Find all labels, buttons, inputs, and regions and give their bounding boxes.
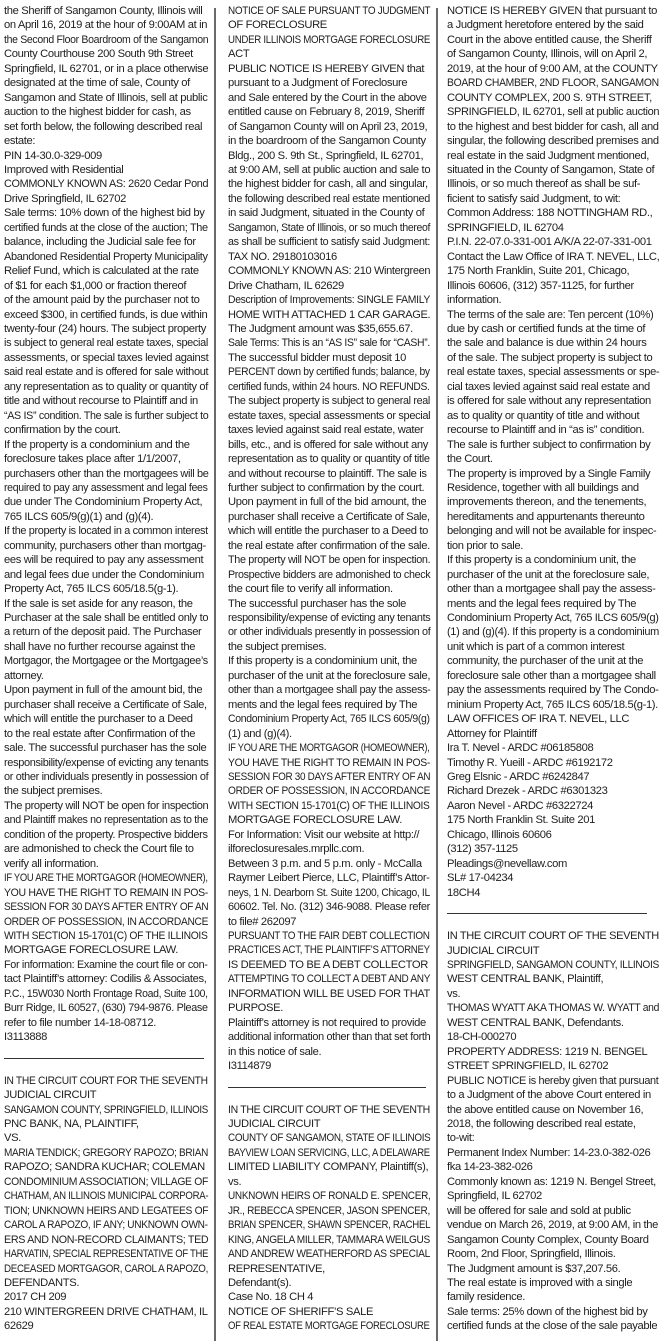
notice-text-line: improvements thereon, and the tenements,	[447, 495, 659, 509]
notice-text-line: ficient to satisfy said Judgment, to wit…	[447, 192, 659, 206]
notice-text-line: PUBLIC NOTICE is hereby given that pursu…	[447, 1074, 653, 1088]
notice-text-line: auction to the highest bidder for cash, …	[4, 105, 208, 119]
notice-text-line: HOME WITH ATTACHED 1 CAR GARAGE.	[228, 308, 427, 322]
notice-text-line: NOTICE OF SHERIFF’S SALE	[228, 1305, 430, 1319]
notice-text-line: responsibility/expense of evicting any t…	[4, 756, 204, 770]
notice-text-line: Sangamon, State of Illinois, or so much …	[228, 221, 417, 235]
notice-text-line: any representation as to quality or quan…	[4, 380, 205, 394]
notice-text-line: WEST CENTRAL BANK, Plaintiff,	[447, 972, 659, 986]
notice-text-line: estate taxes, special assessments or spe…	[228, 409, 427, 423]
notice-text-line: unit which is part of a common interest	[447, 640, 659, 654]
notice-text-line: ERS AND NON-RECORD CLAIMANTS; TED	[4, 1233, 199, 1247]
notice-text-line: the Second Floor Boardroom of the Sangam…	[4, 33, 196, 47]
notice-text-line: shall have no further recourse against t…	[4, 640, 208, 654]
notice-text-line: IN THE CIRCUIT COURT OF THE SEVENTH	[447, 929, 656, 943]
notice-text-line: tact Plaintiff’s attorney: Codilis & Ass…	[4, 972, 208, 986]
notice-text-line: KING, ANGELA MILLER, TAMMARA WEILGUS	[228, 1233, 410, 1247]
legal-notice: IN THE CIRCUIT COURT OF THE SEVENTHJUDIC…	[447, 929, 659, 1334]
notice-text-line: JUDICIAL CIRCUIT	[228, 1117, 430, 1131]
notice-text-line: P.C., 15W030 North Frontage Road, Suite …	[4, 987, 195, 1001]
notice-text-line: the Sheriff of Sangamon County, Illinois…	[4, 4, 208, 18]
notice-text-line: to a Judgment of the above Court entered…	[447, 1088, 659, 1102]
notice-text-line: twenty-four (24) hours. The subject prop…	[4, 322, 208, 336]
notice-text-line: SL# 17-04234	[447, 871, 659, 885]
notice-text-line: PRACTICES ACT, THE PLAINTIFF’S ATTORNEY	[228, 943, 402, 957]
column-1: the Sheriff of Sangamon County, Illinois…	[4, 0, 208, 1341]
notice-text-line: sale. The successful purchaser has the s…	[4, 741, 208, 755]
notice-text-line: The subject property is subject to gener…	[228, 394, 422, 408]
notice-text-line: IF YOU ARE THE MORTGAGOR (HOMEOWNER),	[4, 871, 175, 885]
notice-text-line: further subject to confirmation by the c…	[228, 481, 430, 495]
notice-text-line: LIMITED LIABILITY COMPANY, Plaintiff(s),	[228, 1160, 430, 1174]
notice-text-line: required to pay any assessment and legal…	[4, 481, 197, 495]
notice-text-line: P.I.N. 22-07.0-331-001 A/K/A 22-07-331-0…	[447, 235, 659, 249]
notice-text-line: For Information: Visit our website at ht…	[228, 828, 430, 842]
notice-text-line: fka 14-23-382-026	[447, 1160, 659, 1174]
notice-text-line: LAW OFFICES OF IRA T. NEVEL, LLC	[447, 712, 659, 726]
notice-text-line: SESSION FOR 30 DAYS AFTER ENTRY OF AN	[4, 900, 187, 914]
notice-text-line: ACT	[228, 47, 430, 61]
notice-text-line: community, purchasers other than mortgag…	[4, 539, 208, 553]
notice-text-line: 18CH4	[447, 886, 659, 900]
notice-text-line: WITH SECTION 15-1701(C) OF THE ILLINOIS	[4, 929, 192, 943]
notice-text-line: The property will NOT be open for inspec…	[4, 799, 206, 813]
notice-text-line: For information: Examine the court file …	[4, 958, 201, 972]
notice-text-line: REPRESENTATIVE,	[228, 1262, 430, 1276]
notice-text-line: SESSION FOR 30 DAYS AFTER ENTRY OF AN	[228, 770, 407, 784]
notice-text-line: Sale terms: 25% down of the highest bid …	[447, 1305, 659, 1319]
notice-text-line: the Court.	[447, 452, 659, 466]
notice-text-line: responsibility/expense of evicting any t…	[228, 611, 424, 625]
notice-text-line: The Judgment amount was $35,655.67.	[228, 322, 430, 336]
notice-separator-rule	[4, 1058, 204, 1059]
notice-text-line: COUNTY COMPLEX, 200 S. 9TH STREET,	[447, 91, 659, 105]
notice-text-line: ments and the legal fees required by The	[447, 597, 659, 611]
notice-text-line: TION; UNKNOWN HEIRS AND LEGATEES OF	[4, 1204, 191, 1218]
notice-text-line: due by cash or certified funds at the ti…	[447, 322, 659, 336]
notice-text-line: certified funds, within 24 hours. NO REF…	[228, 380, 414, 394]
notice-text-line: Upon payment in full of the bid amount, …	[228, 495, 430, 509]
notice-text-line: the court file to verify all information…	[228, 582, 430, 596]
notice-text-line: situated in the County of Sangamon, Stat…	[447, 163, 659, 177]
notice-text-line: AND ANDREW WEATHERFORD AS SPECIAL	[228, 1247, 412, 1261]
notice-text-line: family residence.	[447, 1290, 659, 1304]
notice-text-line: The property will NOT be open for inspec…	[228, 553, 423, 567]
notice-text-line: BRIAN SPENCER, SHAWN SPENCER, RACHEL	[228, 1218, 402, 1232]
notice-text-line: which will entitle the purchaser to a De…	[4, 712, 208, 726]
notice-text-line: PROPERTY ADDRESS: 1219 N. BENGEL	[447, 1045, 659, 1059]
notice-text-line: or other individuals presently in posses…	[4, 770, 203, 784]
notice-text-line: hereditaments and appurtenants thereunto	[447, 510, 659, 524]
notice-text-line: attorney.	[4, 669, 208, 683]
notice-text-line: If the property is located in a common i…	[4, 524, 202, 538]
notice-text-line: IN THE CIRCUIT COURT OF THE SEVENTH	[228, 1103, 418, 1117]
notice-text-line: real estate taxes, special assessments o…	[447, 365, 658, 379]
notice-text-line: (312) 357-1125	[447, 842, 659, 856]
notice-text-line: Chicago, Illinois 60606	[447, 828, 659, 842]
notice-text-line: The successful purchaser has the sole	[228, 597, 430, 611]
notice-text-line: Timothy R. Yueill - ARDC #6192172	[447, 756, 659, 770]
notice-text-line: HARVATIN, SPECIAL REPRESENTATIVE OF THE	[4, 1247, 177, 1261]
notice-text-line: cial taxes levied against said real esta…	[447, 380, 659, 394]
notice-text-line: Case No. 18 CH 4	[228, 1290, 430, 1304]
notice-text-line: SANGAMON COUNTY, SPRINGFIELD, ILLINOIS	[4, 1103, 182, 1117]
notice-text-line: the following described real estate ment…	[228, 192, 423, 206]
notice-text-line: as shall be sufficient to satisfy said J…	[228, 235, 422, 249]
notice-text-line: JUDICIAL CIRCUIT	[4, 1088, 208, 1102]
notice-text-line: Court in the above entitled cause, the S…	[447, 33, 659, 47]
notice-text-line: CAROL A RAPOZO, IF ANY; UNKNOWN OWN-	[4, 1218, 188, 1232]
notice-text-line: to-wit:	[447, 1131, 659, 1145]
notice-text-line: the above entitled cause on November 16,	[447, 1103, 659, 1117]
notice-text-line: Aaron Nevel - ARDC #6322724	[447, 799, 659, 813]
notice-text-line: OF REAL ESTATE MORTGAGE FORECLOSURE	[228, 1319, 400, 1333]
notice-text-line: SPRINGFIELD, SANGAMON COUNTY, ILLINOIS	[447, 958, 639, 972]
notice-text-line: 765 ILCS 605/9(g)(1) and (g)(4).	[4, 510, 208, 524]
notice-text-line: estate:	[4, 134, 208, 148]
notice-text-line: Property Act, 765 ILCS 605/18.5(g-1).	[4, 582, 208, 596]
notice-text-line: Richard Drezek - ARDC #6301323	[447, 784, 659, 798]
notice-text-line: singular, the following described premis…	[447, 134, 658, 148]
legal-notice: NOTICE OF SALE PURSUANT TO JUDGMENTOF FO…	[228, 4, 430, 1074]
notice-text-line: will be offered for sale and sold at pub…	[447, 1204, 659, 1218]
notice-text-line: exceed $300, in certified funds, is due …	[4, 308, 208, 322]
notice-text-line: (1) and (g)(4).	[228, 727, 430, 741]
notice-text-line: belonging and will not be available for …	[447, 524, 659, 538]
notice-text-line: Residence, together with all buildings a…	[447, 481, 659, 495]
notice-text-line: which will entitle the purchaser to a De…	[228, 524, 430, 538]
notice-text-line: minium Property Act, 765 ILCS 605/18.5(g…	[447, 698, 659, 712]
notice-text-line: Illinois 60606, (312) 357-1125, for furt…	[447, 279, 659, 293]
notice-text-line: OF FORECLOSURE	[228, 18, 430, 32]
notice-text-line: recourse to Plaintiff and in “as is” con…	[447, 423, 659, 437]
notice-text-line: 60602. Tel. No. (312) 346-9088. Please r…	[228, 900, 426, 914]
notice-text-line: a return of the deposit paid. The Purcha…	[4, 625, 208, 639]
notice-text-line: balance, including the Judicial sale fee…	[4, 235, 208, 249]
notice-text-line: Bldg., 200 S. 9th St., Springfield, IL 6…	[228, 149, 430, 163]
notice-text-line: 2017 CH 209	[4, 1290, 208, 1304]
notice-text-line: TAX NO. 29180103016	[228, 250, 430, 264]
notice-text-line: to the real estate after Confirmation of…	[4, 727, 208, 741]
legal-notice: IN THE CIRCUIT COURT OF THE SEVENTHJUDIC…	[228, 1103, 430, 1334]
notice-text-line: Attorney for Plaintiff	[447, 727, 659, 741]
legal-notice: IN THE CIRCUIT COURT FOR THE SEVENTHJUDI…	[4, 1074, 208, 1334]
notice-text-line: COUNTY OF SANGAMON, STATE OF ILLINOIS	[228, 1131, 406, 1145]
notice-text-line: at 9:00 AM, sell at public auction and s…	[228, 163, 430, 177]
notice-text-line: (1) and (g)(4). If this property is a co…	[447, 625, 655, 639]
notice-text-line: VS.	[4, 1131, 208, 1145]
notice-text-line: Permanent Index Number: 14-23.0-382-026	[447, 1146, 659, 1160]
notice-text-line: title and without recourse to Plaintiff …	[4, 394, 208, 408]
notice-text-line: the sale and balance is due within 24 ho…	[447, 336, 659, 350]
notice-text-line: ments and the legal fees required by The	[228, 698, 430, 712]
notice-text-line: Contact the Law Office of IRA T. NEVEL, …	[447, 250, 659, 264]
notice-text-line: SPRINGFIELD, IL 62704	[447, 221, 659, 235]
notice-text-line: Sangamon County Complex, County Board	[447, 1233, 659, 1247]
notice-text-line: DECEASED MORTGAGOR, CAROL A RAPOZO,	[4, 1262, 182, 1276]
notice-text-line: YOU HAVE THE RIGHT TO REMAIN IN POS-	[4, 886, 196, 900]
notice-text-line: The successful bidder must deposit 10	[228, 351, 430, 365]
notice-text-line: Pleadings@nevellaw.com	[447, 857, 659, 871]
notice-text-line: Common Address: 188 NOTTINGHAM RD.,	[447, 206, 659, 220]
notice-text-line: vs.	[228, 1175, 430, 1189]
notice-text-line: and legal fees due under the Condominium	[4, 568, 208, 582]
notice-text-line: WITH SECTION 15-1701(C) OF THE ILLINOIS	[228, 799, 413, 813]
notice-text-line: Room, 2nd Floor, Springfield, Illinois.	[447, 1247, 659, 1261]
notice-text-line: ilforeclosuresales.mrpllc.com.	[228, 842, 430, 856]
notice-text-line: 175 North Franklin St. Suite 201	[447, 813, 659, 827]
notice-text-line: purchaser of the unit at the foreclosure…	[228, 669, 430, 683]
notice-text-line: bills, etc., and is offered for sale wit…	[228, 438, 430, 452]
notice-text-line: The real estate is improved with a singl…	[447, 1276, 659, 1290]
notice-text-line: BAYVIEW LOAN SERVICING, LLC, A DELAWARE	[228, 1146, 399, 1160]
notice-text-line: Abandoned Residential Property Municipal…	[4, 250, 204, 264]
notice-text-line: other than a mortgagee shall pay the ass…	[228, 683, 424, 697]
notice-text-line: refer to file number 14-18-08712.	[4, 1016, 208, 1030]
notice-text-line: Ira T. Nevel - ARDC #06185808	[447, 741, 659, 755]
notice-text-line: certified funds at the close of the sale…	[447, 1319, 659, 1333]
notice-text-line: ATTEMPTING TO COLLECT A DEBT AND ANY	[228, 972, 409, 986]
notice-text-line: Sale Terms: This is an “AS IS” sale for …	[228, 336, 416, 350]
notice-text-line: to file# 262097	[228, 915, 430, 929]
notice-text-line: STREET SPRINGFIELD, IL 62702	[447, 1059, 659, 1073]
notice-text-line: County Courthouse 200 South 9th Street	[4, 47, 208, 61]
notice-text-line: pursuant to a Judgment of Foreclosure	[228, 76, 430, 90]
notice-text-line: COMMONLY KNOWN AS: 210 Wintergreen	[228, 264, 427, 278]
notice-text-line: Upon payment in full of the amount bid, …	[4, 683, 208, 697]
notice-text-line: purchaser of the unit at the foreclosure…	[447, 568, 659, 582]
notice-text-line: designated at the time of sale, County o…	[4, 76, 208, 90]
notice-text-line: PERCENT down by certified funds; balance…	[228, 365, 414, 379]
notice-text-line: as to quality or quantity of title and w…	[447, 409, 659, 423]
column-divider	[436, 8, 438, 1341]
notice-text-line: ORDER OF POSSESSION, IN ACCORDANCE	[228, 784, 411, 798]
notice-text-line: ORDER OF POSSESSION, IN ACCORDANCE	[4, 915, 191, 929]
notice-text-line: PIN 14-30.0-329-009	[4, 149, 208, 163]
notice-text-line: Mortgagor, the Mortgagee or the Mortgage…	[4, 654, 202, 668]
notice-text-line: neys, 1 N. Dearborn St. Suite 1200, Chic…	[228, 886, 413, 900]
notice-text-line: NOTICE IS HEREBY GIVEN that pursuant to	[447, 4, 659, 18]
notice-text-line: representation as to quality or quantity…	[228, 452, 426, 466]
notice-text-line: condition of the property. Prospective b…	[4, 828, 204, 842]
legal-notice: the Sheriff of Sangamon County, Illinois…	[4, 4, 208, 1045]
notice-text-line: PURPOSE.	[228, 1001, 430, 1015]
notice-text-line: and Sale entered by the Court in the abo…	[228, 91, 430, 105]
notice-text-line: If the property is a condominium and the	[4, 438, 208, 452]
notice-text-line: purchasers other than the mortgagees wil…	[4, 467, 204, 481]
notice-text-line: “AS IS” condition. The sale is further s…	[4, 409, 199, 423]
notice-text-line: of the amount paid by the purchaser not …	[4, 293, 208, 307]
notice-text-line: YOU HAVE THE RIGHT TO REMAIN IN POS-	[228, 756, 416, 770]
notice-text-line: of the sale. The subject property is sub…	[447, 351, 659, 365]
notice-text-line: foreclosure takes place after 1/1/2007,	[4, 452, 208, 466]
notice-text-line: 62629	[4, 1319, 208, 1333]
column-2: NOTICE OF SALE PURSUANT TO JUDGMENTOF FO…	[228, 0, 430, 1341]
notice-text-line: foreclosure sale other than a mortgagee …	[447, 669, 659, 683]
notice-text-line: or other individuals presently in posses…	[228, 625, 423, 639]
notice-text-line: the real estate after confirmation of th…	[228, 539, 430, 553]
notice-text-line: JUDICIAL CIRCUIT	[447, 944, 659, 958]
notice-text-line: in said Judgment, situated in the County…	[228, 206, 430, 220]
notice-text-line: due under The Condominium Property Act,	[4, 495, 208, 509]
notice-text-line: The terms of the sale are: Ten percent (…	[447, 308, 659, 322]
notice-text-line: Raymer Leibert Pierce, LLC, Plaintiff’s …	[228, 871, 429, 885]
notice-text-line: confirmation by the court.	[4, 423, 208, 437]
notice-text-line: a Judgment heretofore entered by the sai…	[447, 18, 659, 32]
notice-text-line: IF YOU ARE THE MORTGAGOR (HOMEOWNER),	[228, 741, 396, 755]
notice-text-line: the subject premises.	[228, 640, 430, 654]
notice-text-line: the highest bidder for cash, all and sin…	[228, 177, 430, 191]
notice-text-line: I3114879	[228, 1059, 430, 1073]
notice-text-line: JR., REBECCA SPENCER, JASON SPENCER,	[228, 1204, 409, 1218]
notice-text-line: Condominium Property Act, 765 ILCS 605/9…	[447, 611, 655, 625]
notice-text-line: community, the purchaser of the unit at …	[447, 654, 659, 668]
notice-text-line: 2019, at the hour of 9:00 AM, at the COU…	[447, 62, 659, 76]
notice-text-line: Illinois, or so much thereof as shall be…	[447, 177, 659, 191]
notice-text-line: The property is improved by a Single Fam…	[447, 467, 659, 481]
notice-text-line: and without recourse to plaintiff. The s…	[228, 467, 430, 481]
notice-text-line: tion prior to sale.	[447, 539, 659, 553]
notice-text-line: PNC BANK, NA, PLAINTIFF,	[4, 1117, 208, 1131]
notice-separator-rule	[228, 1087, 426, 1088]
notice-text-line: set forth below, the following described…	[4, 120, 208, 134]
notice-text-line: The sale is further subject to confirmat…	[447, 438, 659, 452]
notice-text-line: Sangamon and State of Illinois, sell at …	[4, 91, 208, 105]
notice-text-line: Purchaser at the sale shall be entitled …	[4, 611, 206, 625]
notice-text-line: Drive Springfield, IL 62702	[4, 192, 208, 206]
notice-text-line: Description of Improvements: SINGLE FAMI…	[228, 293, 416, 307]
notice-text-line: DEFENDANTS.	[4, 1276, 208, 1290]
notice-text-line: BOARD CHAMBER, 2ND FLOOR, SANGAMON	[447, 76, 643, 90]
notice-text-line: COMMONLY KNOWN AS: 2620 Cedar Pond	[4, 177, 202, 191]
notice-text-line: purchaser shall receive a Certificate of…	[4, 698, 208, 712]
notice-text-line: is subject to general real estate taxes,…	[4, 336, 203, 350]
notice-text-line: 175 North Franklin, Suite 201, Chicago,	[447, 264, 659, 278]
notice-text-line: assessments, or special taxes levied aga…	[4, 351, 207, 365]
legal-notice: NOTICE IS HEREBY GIVEN that pursuant toa…	[447, 4, 659, 900]
notice-text-line: Commonly known as: 1219 N. Bengel Street…	[447, 1175, 659, 1189]
notice-text-line: Greg Elsnic - ARDC #6242847	[447, 770, 659, 784]
notice-text-line: certified funds at the close of the auct…	[4, 221, 203, 235]
notice-text-line: of Sangamon County, Illinois, will on Ap…	[447, 47, 659, 61]
column-divider	[214, 8, 216, 1341]
legal-notices-page: the Sheriff of Sangamon County, Illinois…	[0, 0, 661, 1341]
notice-text-line: of $1 for each $1,000 or fraction thereo…	[4, 279, 208, 293]
notice-text-line: verify all information.	[4, 857, 208, 871]
notice-text-line: If this property is a condominium unit, …	[228, 654, 430, 668]
notice-text-line: Sale terms: 10% down of the highest bid …	[4, 206, 208, 220]
notice-text-line: IN THE CIRCUIT COURT FOR THE SEVENTH	[4, 1074, 191, 1088]
notice-text-line: 210 WINTERGREEN DRIVE CHATHAM, IL	[4, 1305, 207, 1319]
notice-text-line: entitled cause on February 8, 2019, Sher…	[228, 105, 430, 119]
notice-text-line: taxes levied against said real estate, w…	[228, 423, 430, 437]
notice-text-line: WEST CENTRAL BANK, Defendants.	[447, 1016, 659, 1030]
notice-text-line: If the sale is set aside for any reason,…	[4, 597, 208, 611]
column-3: NOTICE IS HEREBY GIVEN that pursuant toa…	[447, 0, 659, 1341]
notice-text-line: is offered for sale without any represen…	[447, 394, 659, 408]
notice-text-line: in the boardroom of the Sangamon County	[228, 134, 430, 148]
notice-text-line: other than a mortgagee shall pay the ass…	[447, 582, 659, 596]
notice-text-line: pay the assessments required by The Cond…	[447, 683, 659, 697]
notice-text-line: SPRINGFIELD, IL 62701, sell at public au…	[447, 105, 656, 119]
notice-text-line: If this property is a condominium unit, …	[447, 553, 659, 567]
notice-text-line: 18-CH-000270	[447, 1030, 659, 1044]
notice-text-line: additional information other than that s…	[228, 1030, 424, 1044]
notice-text-line: CHATHAM, AN ILLINOIS MUNICIPAL CORPORA-	[4, 1189, 180, 1203]
notice-text-line: Improved with Residential	[4, 163, 208, 177]
notice-separator-rule	[447, 913, 647, 914]
notice-text-line: Drive Chatham, IL 62629	[228, 279, 430, 293]
notice-text-line: Relief Fund, which is calculated at the …	[4, 264, 208, 278]
notice-text-line: to the highest and best bidder for cash,…	[447, 120, 658, 134]
notice-text-line: Defendant(s).	[228, 1276, 430, 1290]
notice-text-line: vs.	[447, 987, 659, 1001]
notice-text-line: the subject premises.	[4, 784, 208, 798]
notice-text-line: ees will be required to pay any assessme…	[4, 553, 208, 567]
notice-text-line: UNKNOWN HEIRS OF RONALD E. SPENCER,	[228, 1189, 409, 1203]
notice-text-line: Prospective bidders are admonished to ch…	[228, 568, 421, 582]
notice-text-line: PURSUANT TO THE FAIR DEBT COLLECTION	[228, 929, 407, 943]
notice-text-line: UNDER ILLINOIS MORTGAGE FORECLOSURE	[228, 33, 403, 47]
notice-text-line: Plaintiff’s attorney is not required to …	[228, 1016, 430, 1030]
notice-text-line: RAPOZO; SANDRA KUCHAR; COLEMAN	[4, 1160, 208, 1174]
notice-text-line: purchaser shall receive a Certificate of…	[228, 510, 429, 524]
notice-text-line: and Plaintiff makes no representation as…	[4, 813, 198, 827]
notice-text-line: MORTGAGE FORECLOSURE LAW.	[228, 813, 430, 827]
notice-text-line: are admonished to check the Court file t…	[4, 842, 208, 856]
notice-text-line: I3113888	[4, 1030, 208, 1044]
notice-text-line: MARIA TENDICK; GREGORY RAPOZO; BRIAN	[4, 1146, 187, 1160]
notice-text-line: in this notice of sale.	[228, 1045, 430, 1059]
notice-text-line: said real estate and is offered for sale…	[4, 365, 204, 379]
notice-text-line: 2018, the following described real estat…	[447, 1117, 659, 1131]
notice-text-line: information.	[447, 293, 659, 307]
notice-text-line: The Judgment amount is $37,207.56.	[447, 1262, 659, 1276]
notice-text-line: PUBLIC NOTICE IS HEREBY GIVEN that	[228, 62, 430, 76]
notice-text-line: INFORMATION WILL BE USED FOR THAT	[228, 987, 427, 1001]
notice-text-line: NOTICE OF SALE PURSUANT TO JUDGMENT	[228, 4, 407, 18]
notice-text-line: real estate in the said Judgment mention…	[447, 149, 659, 163]
notice-text-line: Springfield, IL 62702	[447, 1189, 659, 1203]
notice-text-line: MORTGAGE FORECLOSURE LAW.	[4, 943, 208, 957]
notice-text-line: Burr Ridge, IL 60527, (630) 794-9876. Pl…	[4, 1001, 201, 1015]
notice-text-line: of Sangamon County will on April 23, 201…	[228, 120, 430, 134]
notice-text-line: Between 3 p.m. and 5 p.m. only - McCalla	[228, 857, 430, 871]
notice-text-line: Condominium Property Act, 765 ILCS 605/9…	[228, 712, 417, 726]
notice-text-line: Springfield, IL 62701, or in a place oth…	[4, 62, 208, 76]
notice-text-line: IS DEEMED TO BE A DEBT COLLECTOR	[228, 958, 430, 972]
notice-text-line: on April 16, 2019 at the hour of 9:00AM …	[4, 18, 208, 32]
notice-text-line: CONDOMINIUM ASSOCIATION; VILLAGE OF	[4, 1175, 193, 1189]
notice-text-line: THOMAS WYATT AKA THOMAS W. WYATT and	[447, 1001, 643, 1015]
notice-text-line: vendue on March 26, 2019, at 9:00 AM, in…	[447, 1218, 659, 1232]
